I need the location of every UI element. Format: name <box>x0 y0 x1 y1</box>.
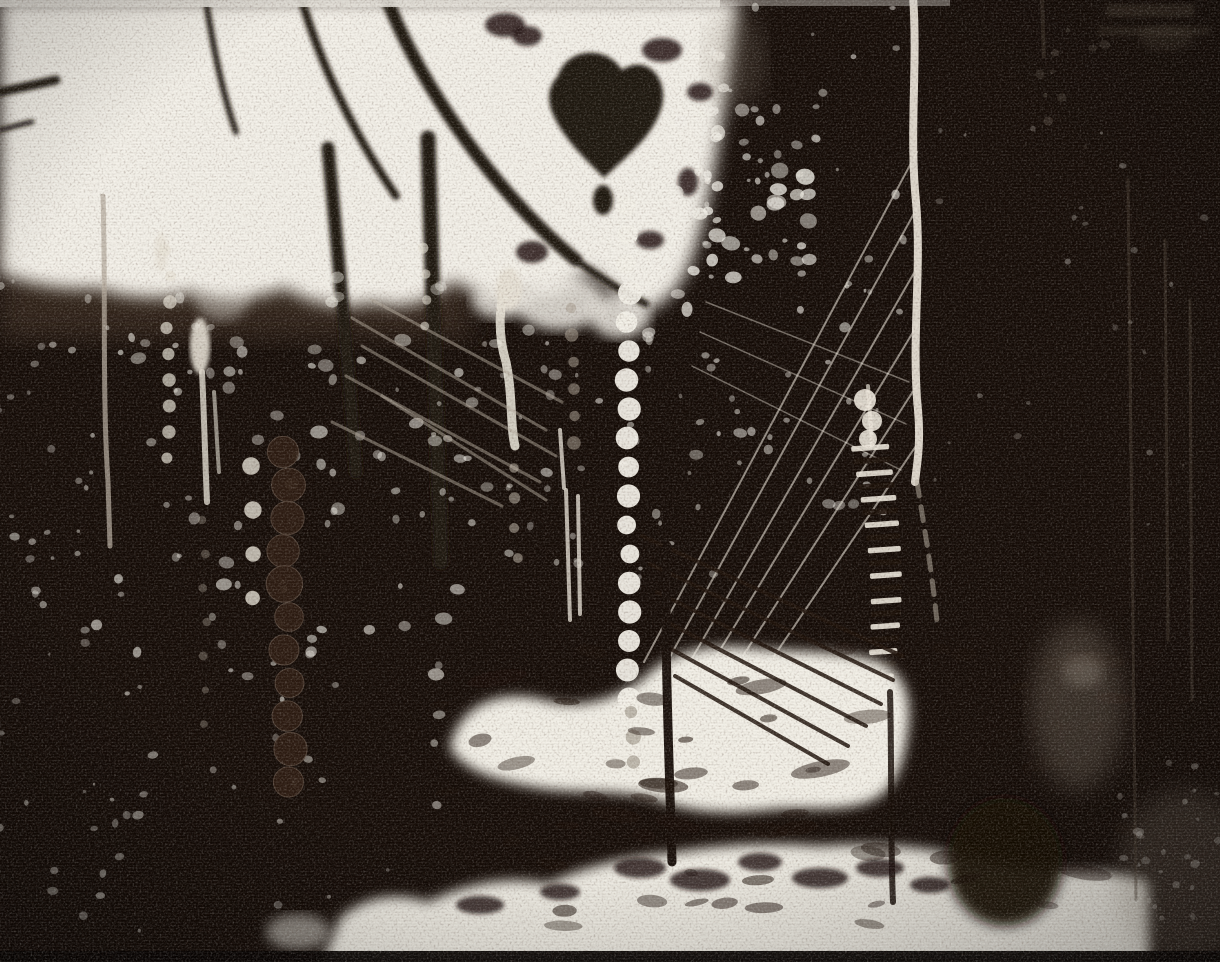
film-grain-dark <box>0 0 1220 962</box>
forest-photo-svg: Grainy high-contrast black-and-white fil… <box>0 0 1220 962</box>
photo-stage: Grainy high-contrast black-and-white fil… <box>0 0 1220 962</box>
